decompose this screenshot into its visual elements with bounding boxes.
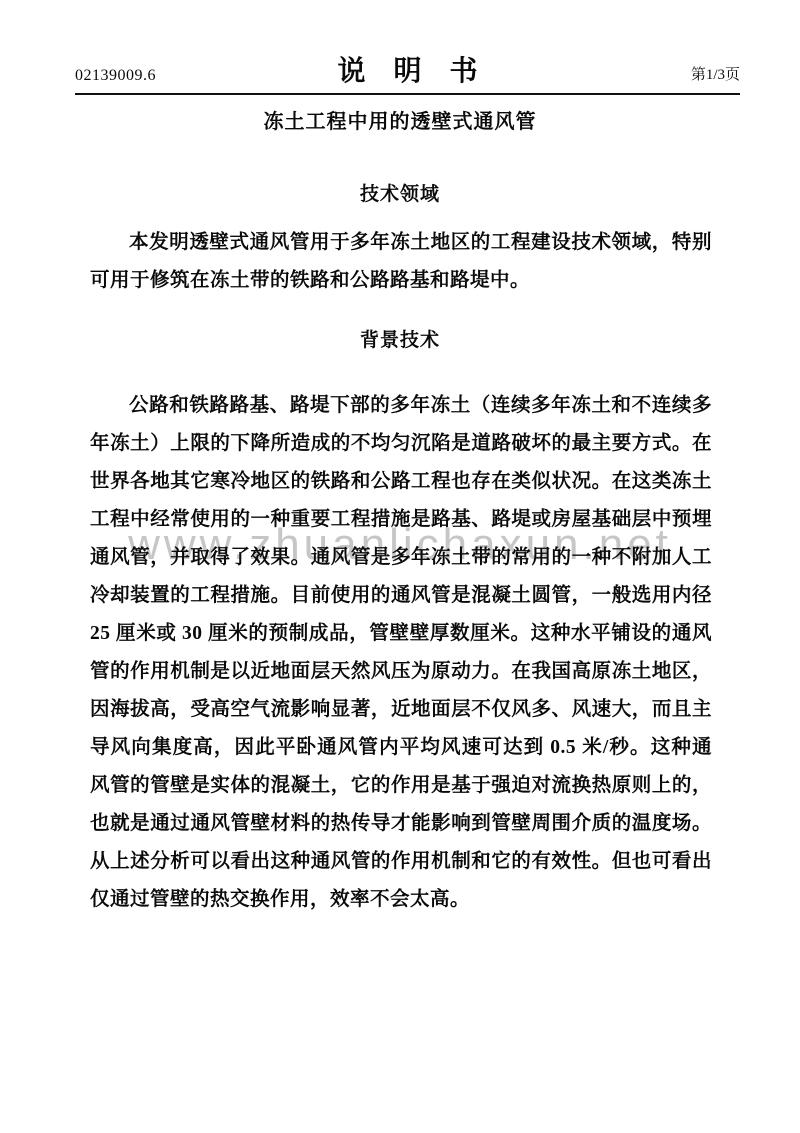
header-divider (75, 93, 740, 95)
invention-title: 冻土工程中用的透壁式通风管 (0, 105, 800, 134)
application-number: 02139009.6 (75, 68, 156, 86)
document-type-title: 说 明 书 (337, 58, 477, 86)
page-indicator: 第1/3页 (691, 68, 740, 86)
background-art-paragraph: 公路和铁路路基、路堤下部的多年冻土（连续多年冻土和不连续多年冻土）上限的下降所造… (90, 387, 712, 919)
section-heading-technical-field: 技术领域 (0, 179, 800, 206)
section-heading-background-art: 背景技术 (0, 325, 800, 352)
patent-specification-page: www.zhuanlichaxun.net 02139009.6 说 明 书 第… (0, 0, 800, 1133)
page-header: 02139009.6 说 明 书 第1/3页 (75, 52, 740, 86)
technical-field-paragraph: 本发明透壁式通风管用于多年冻土地区的工程建设技术领域，特别可用于修筑在冻土带的铁… (90, 224, 712, 300)
